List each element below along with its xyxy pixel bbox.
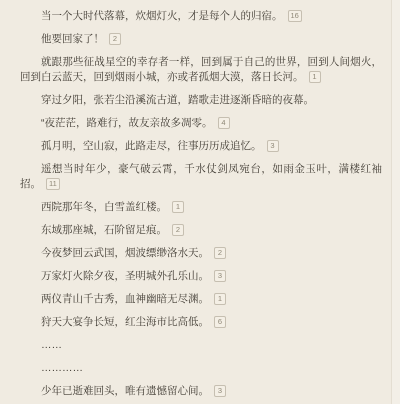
reader-content: 当一个大时代落幕，炊烟灯火，才是每个人的归宿。16 他要回家了！2 就跟那些征战… — [20, 9, 382, 399]
paragraph: 东域那座城，石阶留足痕。2 — [20, 223, 382, 238]
paragraph-text: 狩天大宴争长短，红尘海市比高低。 — [41, 316, 209, 328]
paragraph: ………… — [20, 361, 382, 376]
comment-count-badge[interactable]: 1 — [214, 293, 226, 305]
comment-count-badge[interactable]: 3 — [214, 385, 226, 397]
comment-count-badge[interactable]: 11 — [46, 178, 60, 190]
comment-count-badge[interactable]: 2 — [109, 33, 121, 45]
paragraph-text: 东域那座城，石阶留足痕。 — [41, 224, 167, 236]
comment-count-badge[interactable]: 4 — [218, 117, 230, 129]
comment-count-badge[interactable]: 3 — [214, 270, 226, 282]
paragraph-text: 当一个大时代落幕，炊烟灯火，才是每个人的归宿。 — [41, 10, 283, 22]
paragraph: 少年已逝难回头，唯有遗憾留心间。3 — [20, 384, 382, 399]
paragraph-text: 就跟那些征战星空的幸存者一样，回到属于自己的世界，回到人间烟火，回到白云蓝天，回… — [20, 56, 382, 83]
paragraph-text: …… — [41, 339, 62, 351]
comment-count-badge[interactable]: 2 — [214, 247, 226, 259]
comment-count-badge[interactable]: 2 — [172, 224, 184, 236]
paragraph-text: 少年已逝难回头，唯有遗憾留心间。 — [41, 385, 209, 397]
paragraph-text: 孤月明，空山寂，此路走尽，往事历历成追忆。 — [41, 140, 262, 152]
paragraph: 当一个大时代落幕，炊烟灯火，才是每个人的归宿。16 — [20, 9, 382, 24]
comment-count-badge[interactable]: 1 — [172, 201, 184, 213]
paragraph-text: 两仪青山千古秀，血神幽暗无尽渊。 — [41, 293, 209, 305]
paragraph-text: 遥想当时年少，豪气破云霄，千水仗剑凤宛台，如雨金玉叶，满楼红袖招。 — [20, 163, 382, 190]
paragraph-text: 万家灯火除夕夜，圣明城外孔乐山。 — [41, 270, 209, 282]
comment-count-badge[interactable]: 1 — [309, 71, 321, 83]
comment-count-badge[interactable]: 6 — [214, 316, 226, 328]
paragraph: 就跟那些征战星空的幸存者一样，回到属于自己的世界，回到人间烟火，回到白云蓝天，回… — [20, 55, 382, 85]
paragraph: 遥想当时年少，豪气破云霄，千水仗剑凤宛台，如雨金玉叶，满楼红袖招。11 — [20, 162, 382, 192]
paragraph: 万家灯火除夕夜，圣明城外孔乐山。3 — [20, 269, 382, 284]
paragraph: 狩天大宴争长短，红尘海市比高低。6 — [20, 315, 382, 330]
paragraph: 孤月明，空山寂，此路走尽，往事历历成追忆。3 — [20, 139, 382, 154]
paragraph: …… — [20, 338, 382, 353]
paragraph-text: 他要回家了！ — [41, 33, 104, 45]
comment-count-badge[interactable]: 3 — [267, 140, 279, 152]
paragraph-text: 今夜梦回云武国，烟波缥缈洛水天。 — [41, 247, 209, 259]
paragraph-text: ………… — [41, 362, 83, 374]
comment-count-badge[interactable]: 16 — [288, 10, 302, 22]
paragraph-text: 穿过夕阳，张若尘沿溪流古道，踏歌走进逐渐昏暗的夜幕。 — [41, 94, 314, 106]
paragraph: 西院那年冬，白雪盖红楼。1 — [20, 200, 382, 215]
paragraph: “夜茫茫，路难行，故友亲故多凋零。4 — [20, 116, 382, 131]
page-edge-divider — [391, 0, 400, 404]
paragraph: 穿过夕阳，张若尘沿溪流古道，踏歌走进逐渐昏暗的夜幕。 — [20, 93, 382, 108]
paragraph-text: 西院那年冬，白雪盖红楼。 — [41, 201, 167, 213]
paragraph: 今夜梦回云武国，烟波缥缈洛水天。2 — [20, 246, 382, 261]
paragraph: 他要回家了！2 — [20, 32, 382, 47]
reader-page[interactable]: 当一个大时代落幕，炊烟灯火，才是每个人的归宿。16 他要回家了！2 就跟那些征战… — [0, 0, 392, 404]
paragraph: 两仪青山千古秀，血神幽暗无尽渊。1 — [20, 292, 382, 307]
paragraph-text: “夜茫茫，路难行，故友亲故多凋零。 — [41, 117, 213, 129]
